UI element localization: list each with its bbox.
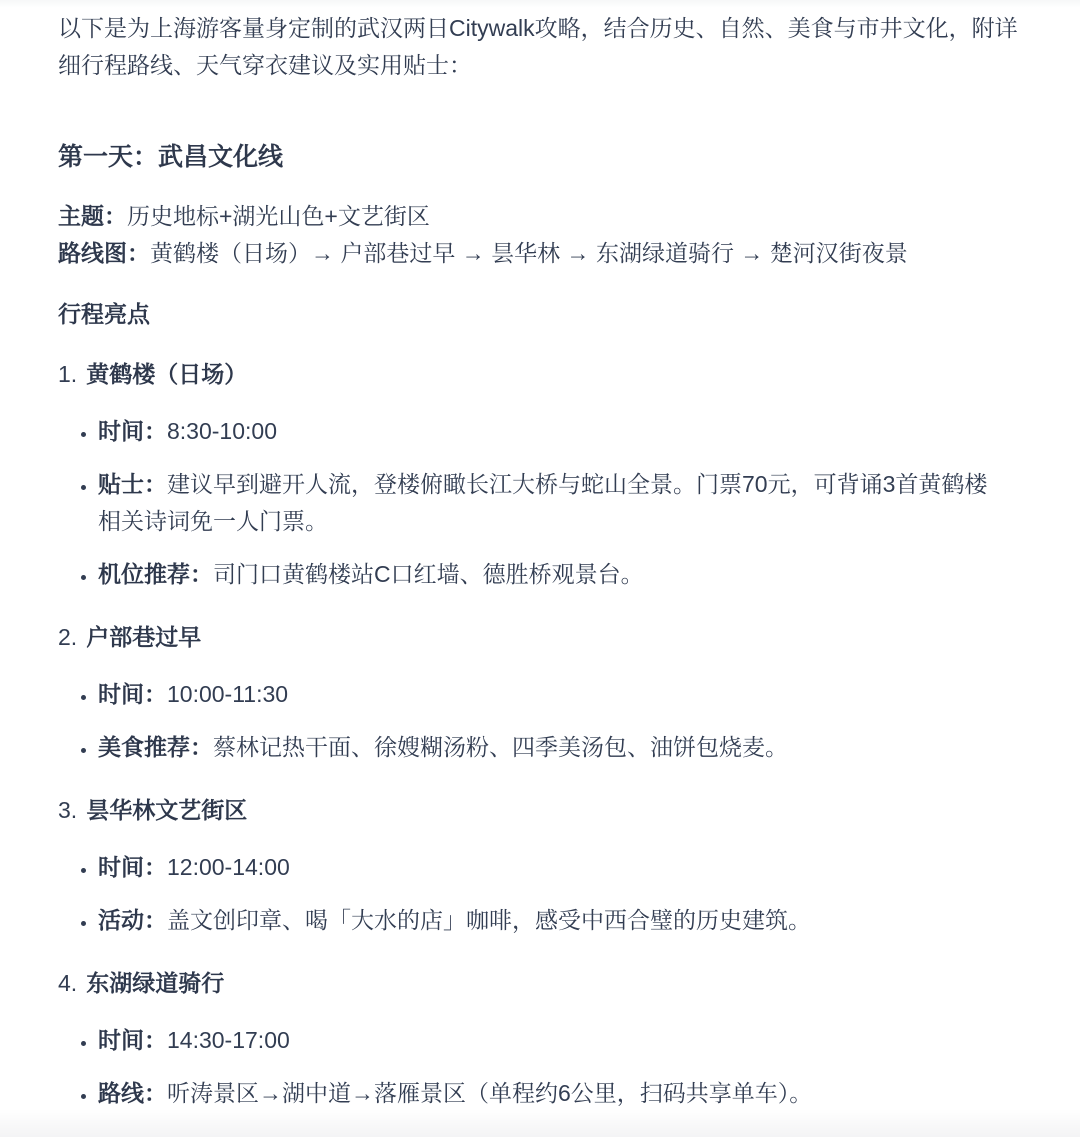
- bullet-label: 时间：: [98, 418, 167, 444]
- bullet-label: 时间：: [98, 681, 167, 707]
- stop-bullet-list: 时间：14:30-17:00 路线：听涛景区→湖中道→落雁景区（单程约6公里，扫…: [58, 1022, 1018, 1112]
- bullet-text: 建议早到避开人流，登楼俯瞰长江大桥与蛇山全景。门票70元，可背诵3首黄鹤楼相关诗…: [98, 471, 987, 534]
- bullet-text: 蔡林记热干面、徐嫂糊汤粉、四季美汤包、油饼包烧麦。: [213, 734, 788, 760]
- stop-name: 昙华林文艺街区: [86, 797, 247, 823]
- bullet-text: 8:30-10:00: [167, 418, 277, 444]
- bullet-text: 10:00-11:30: [167, 681, 288, 707]
- bottom-fade: [0, 1109, 1080, 1137]
- bullet-time: 时间：8:30-10:00: [98, 413, 993, 450]
- stop-title: 4.东湖绿道骑行: [58, 965, 1018, 1002]
- bullet-label: 机位推荐：: [98, 561, 213, 587]
- stop-title: 1.黄鹤楼（日场）: [58, 356, 1018, 393]
- route-label: 路线图：: [58, 240, 150, 266]
- bullet-label: 时间：: [98, 1027, 167, 1053]
- theme-text: 历史地标+湖光山色+文艺街区: [127, 203, 430, 229]
- stop-number: 1.: [58, 361, 77, 387]
- highlights-heading: 行程亮点: [58, 299, 1018, 330]
- bullet-label: 美食推荐：: [98, 734, 213, 760]
- bullet-activity: 活动：盖文创印章、喝「大水的店」咖啡，感受中西合璧的历史建筑。: [98, 902, 993, 939]
- day1-meta: 主题：历史地标+湖光山色+文艺街区 路线图：黄鹤楼（日场）→ 户部巷过早 → 昙…: [58, 198, 1018, 272]
- stop-title: 2.户部巷过早: [58, 619, 1018, 656]
- stop-name: 东湖绿道骑行: [86, 970, 224, 996]
- bullet-text: 14:30-17:00: [167, 1027, 290, 1053]
- bullet-text: 12:00-14:00: [167, 854, 290, 880]
- top-divider: [0, 0, 1080, 8]
- bullet-text: 听涛景区→湖中道→落雁景区（单程约6公里，扫码共享单车）。: [167, 1080, 812, 1106]
- intro-paragraph: 以下是为上海游客量身定制的武汉两日Citywalk攻略，结合历史、自然、美食与市…: [58, 10, 1018, 84]
- bullet-label: 时间：: [98, 854, 167, 880]
- day1-heading: 第一天：武昌文化线: [58, 140, 1018, 174]
- stop-bullet-list: 时间：8:30-10:00 贴士：建议早到避开人流，登楼俯瞰长江大桥与蛇山全景。…: [58, 413, 1018, 593]
- stop-hubuxiang: 2.户部巷过早 时间：10:00-11:30 美食推荐：蔡林记热干面、徐嫂糊汤粉…: [58, 619, 1018, 766]
- bullet-label: 贴士：: [98, 471, 167, 497]
- route-text: 黄鹤楼（日场）→ 户部巷过早 → 昙华林 → 东湖绿道骑行 → 楚河汉街夜景: [150, 240, 908, 266]
- stop-name: 黄鹤楼（日场）: [86, 361, 247, 387]
- stop-bullet-list: 时间：12:00-14:00 活动：盖文创印章、喝「大水的店」咖啡，感受中西合璧…: [58, 849, 1018, 939]
- stop-number: 3.: [58, 797, 77, 823]
- bullet-label: 路线：: [98, 1080, 167, 1106]
- bullet-food: 美食推荐：蔡林记热干面、徐嫂糊汤粉、四季美汤包、油饼包烧麦。: [98, 729, 993, 766]
- stop-number: 2.: [58, 624, 77, 650]
- bullet-label: 活动：: [98, 907, 167, 933]
- bullet-route: 路线：听涛景区→湖中道→落雁景区（单程约6公里，扫码共享单车）。: [98, 1075, 993, 1112]
- theme-label: 主题：: [58, 203, 127, 229]
- stop-bullet-list: 时间：10:00-11:30 美食推荐：蔡林记热干面、徐嫂糊汤粉、四季美汤包、油…: [58, 676, 1018, 766]
- bullet-time: 时间：12:00-14:00: [98, 849, 993, 886]
- stop-number: 4.: [58, 970, 77, 996]
- bullet-text: 盖文创印章、喝「大水的店」咖啡，感受中西合璧的历史建筑。: [167, 907, 811, 933]
- stop-tanhualin: 3.昙华林文艺街区 时间：12:00-14:00 活动：盖文创印章、喝「大水的店…: [58, 792, 1018, 939]
- route-line: 路线图：黄鹤楼（日场）→ 户部巷过早 → 昙华林 → 东湖绿道骑行 → 楚河汉街…: [58, 235, 1018, 272]
- bullet-photo-spots: 机位推荐：司门口黄鹤楼站C口红墙、德胜桥观景台。: [98, 556, 993, 593]
- itinerary-document: 以下是为上海游客量身定制的武汉两日Citywalk攻略，结合历史、自然、美食与市…: [0, 0, 1080, 1137]
- stop-donghu-greenway: 4.东湖绿道骑行 时间：14:30-17:00 路线：听涛景区→湖中道→落雁景区…: [58, 965, 1018, 1112]
- bullet-tips: 贴士：建议早到避开人流，登楼俯瞰长江大桥与蛇山全景。门票70元，可背诵3首黄鹤楼…: [98, 466, 993, 540]
- bullet-time: 时间：10:00-11:30: [98, 676, 993, 713]
- stop-name: 户部巷过早: [86, 624, 201, 650]
- stop-title: 3.昙华林文艺街区: [58, 792, 1018, 829]
- stop-huanghelou: 1.黄鹤楼（日场） 时间：8:30-10:00 贴士：建议早到避开人流，登楼俯瞰…: [58, 356, 1018, 593]
- bullet-time: 时间：14:30-17:00: [98, 1022, 993, 1059]
- theme-line: 主题：历史地标+湖光山色+文艺街区: [58, 198, 1018, 235]
- bullet-text: 司门口黄鹤楼站C口红墙、德胜桥观景台。: [213, 561, 644, 587]
